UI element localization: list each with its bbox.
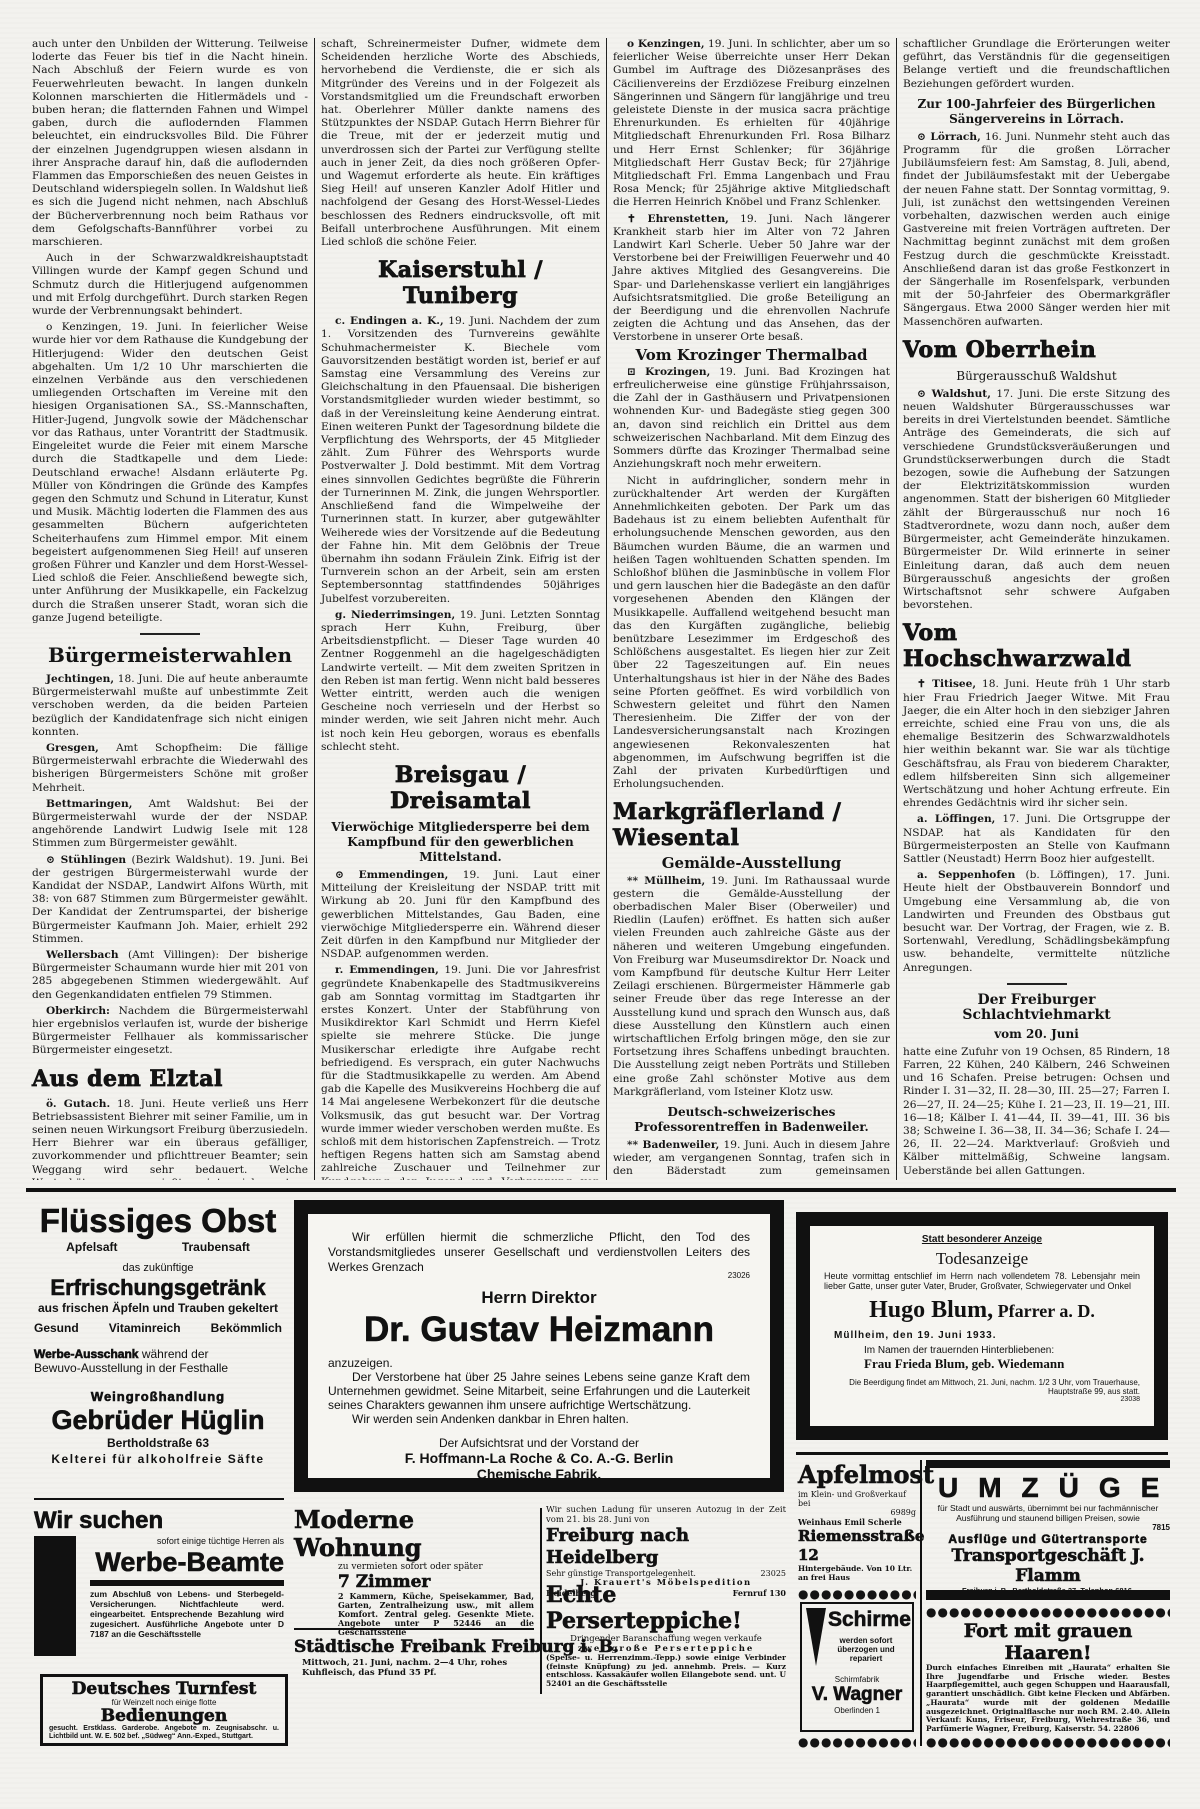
dotted-border: ●●●●●●●●●●●●●●●●●●●●●●●●●●●●●●●●● <box>926 1606 1170 1618</box>
news-item: g. Niederrimsingen, 19. Juni. Letzten So… <box>321 609 600 754</box>
news-item: o Kenzingen, 19. Juni. In schlichter, ab… <box>613 38 890 210</box>
decorative-bar <box>34 1536 76 1656</box>
news-item: r. Emmendingen, 19. Juni. Die vor Jahres… <box>321 964 600 1180</box>
divider <box>920 1460 922 1746</box>
article-text: auch unter den Unbilden der Witterung. T… <box>32 38 308 249</box>
ad-graue-haare: Fort mit grauen Haaren! Durch einfaches … <box>926 1620 1170 1732</box>
divider <box>140 633 200 635</box>
umbrella-icon <box>806 1608 826 1666</box>
section-heading: Der Freiburger Schlachtviehmarkt <box>903 993 1170 1023</box>
newspaper-page: auch unter den Unbilden der Witterung. T… <box>0 0 1200 1809</box>
news-item: a. Löffingen, 17. Juni. Die Ortsgruppe d… <box>903 813 1170 866</box>
news-item: Wellersbach (Amt Villingen): Der bisheri… <box>32 949 308 1002</box>
section-heading: Vom Hochschwarzwald <box>903 620 1170 672</box>
dotted-border: ●●●●●●●●●●●●●●●●●●●●●●●●●●●●●●●●● <box>798 1736 916 1748</box>
ad-werbe-beamte: Wir suchen sofort einige tüchtige Herren… <box>34 1508 284 1658</box>
ad-deutsches-turnfest: Deutsches Turnfest für Weinzelt noch ein… <box>40 1674 288 1746</box>
sub-heading: Deutsch-schweizerisches Professorentreff… <box>613 1105 890 1135</box>
section-heading: Kaiserstuhl / Tuniberg <box>321 257 600 309</box>
ad-perserteppiche: Echte Perserteppiche! Dringender Baransc… <box>546 1582 786 1692</box>
decorative-bar <box>926 1460 1170 1468</box>
ad-obituary-blum: Statt besonderer Anzeige Todesanzeige He… <box>796 1212 1168 1440</box>
news-item: Jechtingen, 18. Juni. Die auf heute anbe… <box>32 673 308 739</box>
article-text: Auch in der Schwarzwaldkreishauptstadt V… <box>32 252 308 318</box>
news-item: Nicht in aufdringlicher, sondern mehr in… <box>613 475 890 792</box>
news-item: Bettmaringen, Amt Waldshut: Bei der Bürg… <box>32 798 308 851</box>
section-heading: Aus dem Elztal <box>32 1066 308 1092</box>
decorative-bar <box>926 1590 1170 1600</box>
section-heading: Breisgau / Dreisamtal <box>321 762 600 814</box>
sub-heading: Zur 100-Jahrfeier des Bürgerlichen Sänge… <box>903 97 1170 127</box>
news-item: Oberkirch: Nachdem die Bürgermeisterwahl… <box>32 1005 308 1058</box>
article-text: o Kenzingen, 19. Juni. In feierlicher We… <box>32 321 308 625</box>
ad-staedtische-freibank: Städtische Freibank Freiburg i. B. Mittw… <box>294 1636 534 1692</box>
ad-obituary-heizmann: Wir erfüllen hiermit die schmerzliche Pf… <box>294 1200 784 1492</box>
column-1: auch unter den Unbilden der Witterung. T… <box>26 38 314 1180</box>
sub-heading: vom 20. Juni <box>903 1027 1170 1042</box>
ads-section: Flüssiges Obst ApfelsaftTraubensaft das … <box>26 1188 1176 1748</box>
article-text: schaft, Schreinermeister Dufner, widmete… <box>321 38 600 249</box>
news-item: c. Endingen a. K., 19. Juni. Nachdem der… <box>321 315 600 605</box>
dotted-border: ●●●●●●●●●●●●●●●●●●●●●●●●●●●●●●●●● <box>798 1588 916 1600</box>
ad-fluessiges-obst: Flüssiges Obst ApfelsaftTraubensaft das … <box>34 1202 282 1492</box>
ad-freiburg-heidelberg: Wir suchen Ladung für unseren Autozug in… <box>546 1506 786 1578</box>
divider <box>540 1508 542 1694</box>
news-item: ⊙ Waldshut, 17. Juni. Die erste Sitzung … <box>903 388 1170 612</box>
section-heading: Bürgermeisterwahlen <box>32 643 308 667</box>
news-item: ⊙ Lörrach, 16. Juni. Nunmehr steht auch … <box>903 131 1170 329</box>
divider <box>26 1188 1176 1192</box>
column-4: schaftlicher Grundlage die Erörterungen … <box>896 38 1176 1180</box>
divider <box>34 1498 284 1500</box>
article-columns: auch unter den Unbilden der Witterung. T… <box>26 38 1176 1180</box>
column-3: o Kenzingen, 19. Juni. In schlichter, ab… <box>606 38 896 1180</box>
news-item: ⊡ Krozingen, 19. Juni. Bad Krozingen hat… <box>613 366 890 472</box>
sub-heading: Gemälde-Ausstellung <box>613 857 890 870</box>
divider <box>1007 983 1067 985</box>
news-item: Gresgen, Amt Schopfheim: Die fällige Bür… <box>32 742 308 795</box>
market-report: hatte eine Zufuhr von 19 Ochsen, 85 Rind… <box>903 1046 1170 1178</box>
news-item: a. Seppenhofen (b. Löffingen), 17. Juni.… <box>903 869 1170 975</box>
section-heading: Vom Oberrhein <box>903 337 1170 363</box>
section-heading: Markgräflerland / Wiesental <box>613 799 890 851</box>
news-item: ö. Gutach. 18. Juni. Heute verließ uns H… <box>32 1098 308 1180</box>
ad-moderne-wohnung: Moderne Wohnung zu vermieten sofort oder… <box>294 1506 534 1622</box>
divider <box>796 1452 1168 1455</box>
article-text: schaftlicher Grundlage die Erörterungen … <box>903 38 1170 91</box>
news-item: ⊙ Stühlingen (Bezirk Waldshut). 19. Juni… <box>32 854 308 946</box>
news-item: ** Badenweiler, 19. Juni. Auch in diesem… <box>613 1139 890 1180</box>
ad-umzuege: UMZÜGE für Stadt und auswärts, übernimmt… <box>926 1460 1170 1588</box>
column-2: schaft, Schreinermeister Dufner, widmete… <box>314 38 606 1180</box>
dotted-border: ●●●●●●●●●●●●●●●●●●●●●●●●●●●●●●●●● <box>926 1736 1170 1748</box>
news-item: ⊙ Emmendingen, 19. Juni. Laut einer Mitt… <box>321 869 600 961</box>
ad-apfelmost: Apfelmost im Klein- und Großverkauf bei … <box>798 1460 916 1584</box>
news-item: ** Müllheim, 19. Juni. Im Rathaussaal wu… <box>613 875 890 1099</box>
sub-heading: Vierwöchige Mitgliedersperre bei dem Kam… <box>321 820 600 865</box>
news-item: ✝ Ehrenstetten, 19. Juni. Nach längerer … <box>613 213 890 345</box>
section-heading: Vom Krozinger Thermalbad <box>613 349 890 362</box>
divider <box>294 1628 534 1630</box>
ad-schirme: Schirme werden sofort überzogen und repa… <box>800 1602 914 1732</box>
news-item: ✝ Titisee, 18. Juni. Heute früh 1 Uhr st… <box>903 678 1170 810</box>
sub-heading: Bürgerausschuß Waldshut <box>903 369 1170 384</box>
